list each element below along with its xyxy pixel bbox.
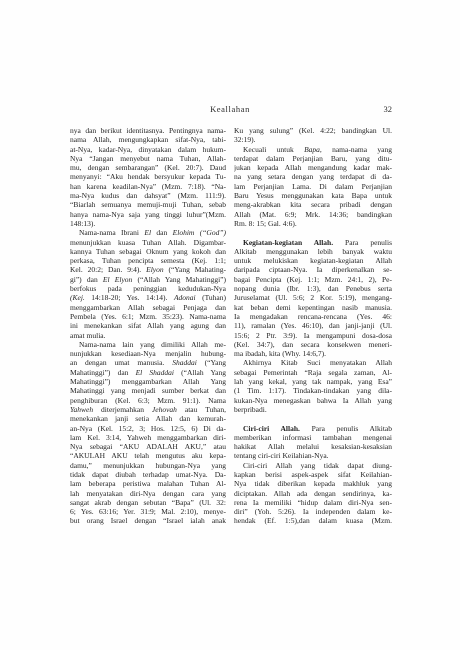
text-line: Rm. 8: 15; Gal. 4:6). bbox=[234, 219, 392, 228]
text-line: kapkan berisi aspek-aspek sifat Keilahia… bbox=[234, 470, 392, 479]
text-line: Kecuali untuk Bapa, nama-nama yang bbox=[234, 145, 392, 154]
text-line: menyanyi: “Aku hendak bersyukur kepada T… bbox=[70, 172, 226, 181]
text-line: kannya Tuhan sebagai Oknum yang kokoh da… bbox=[70, 247, 226, 256]
text-line: penghiburan (Kel. 6:3; Mzm. 91:1). Nama bbox=[70, 396, 226, 405]
text-line: Nya sebagai “AKU ADALAH AKU,” atau bbox=[70, 442, 226, 451]
text-line: bagai Pencipta (Kej. 1:1; Mzm. 24:1, 2),… bbox=[234, 275, 392, 284]
text-line: meng-akrabkan kita secara pribadi dengan bbox=[234, 200, 392, 209]
text-line: berpribadi. bbox=[234, 405, 392, 414]
text-line: damu,” menunjukkan hubungan-Nya yang bbox=[70, 461, 226, 470]
text-column-right: Ku yang sulung” (Kel. 4:22; bandingkan U… bbox=[234, 126, 392, 526]
text-line: Ciri-ciri Allah yang tidak dapat diung- bbox=[234, 461, 392, 470]
text-line: sangat akrab dengan sebutan “Bapa” (Ul. … bbox=[70, 498, 226, 507]
text-line: kukan-Nya menegaskan bahwa Ia Allah yang bbox=[234, 396, 392, 405]
text-line: lam beberapa peristiwa malahan Tuhan Al- bbox=[70, 479, 226, 488]
text-line: Ia mengadakan rencana-rencana (Yes. 46: bbox=[234, 312, 392, 321]
text-line: Allah (Mat. 6:9; Mrk. 14:36; bandingkan bbox=[234, 210, 392, 219]
text-line: memberikan informasi tambahan mengenai bbox=[234, 433, 392, 442]
document-page: Keallahan 32 nya dan berikut identitasny… bbox=[0, 0, 460, 650]
text-line: Yahweh diterjemahkan Jehovah atau Tuhan, bbox=[70, 405, 226, 414]
text-line: jukan kepada Allah mengandung kadar mak- bbox=[234, 163, 392, 172]
text-line: Akhirnya Kitab Suci menyatakan Allah bbox=[234, 358, 392, 367]
text-line: menunjukkan kuasa Tuhan Allah. Digambar- bbox=[70, 238, 226, 247]
text-line: ma-Nya kudus dan dahsyat” (Mzm. 111:9). bbox=[70, 191, 226, 200]
text-line: terdapat dalam Perjanjian Baru, yang dit… bbox=[234, 154, 392, 163]
text-line: (Kel. 34:7), dan secara konsekwen meneri… bbox=[234, 340, 392, 349]
text-line: Mahatinggi yang menjadi sumber berkat da… bbox=[70, 386, 226, 395]
text-column-left: nya dan berikut identitasnya. Pentingnya… bbox=[70, 126, 226, 526]
text-line: diri” (Yoh. 5:26). Ia independen dalam k… bbox=[234, 507, 392, 516]
text-line: na yang setara dengan yang terdapat di d… bbox=[234, 172, 392, 181]
paragraph-spacer bbox=[234, 414, 392, 423]
text-line: untuk melukiskan kegiatan-kegiatan Allah bbox=[234, 256, 392, 265]
text-line: Pembela (Yes. 6:1; Mzm. 35:23). Nama-nam… bbox=[70, 312, 226, 321]
text-line: sebagai Pemerintah “Raja segala zaman, A… bbox=[234, 368, 392, 377]
text-line: 11), ramalan (Yes. 46:10), dan janji-jan… bbox=[234, 321, 392, 330]
text-line: lam Kel. 3:14, Yahweh menggambarkan diri… bbox=[70, 433, 226, 442]
text-line: 32:19). bbox=[234, 135, 392, 144]
page-number: 32 bbox=[384, 104, 393, 114]
text-line: lah yang kekal, yang tak nampak, yang Es… bbox=[234, 377, 392, 386]
text-line: Mahatinggi”) menggambarkan Allah Yang bbox=[70, 377, 226, 386]
text-line: menekankan janji setia Allah dan kemurah… bbox=[70, 414, 226, 423]
text-line: an-Nya (Kel. 15:2, 3; Hos. 12:5, 6) Di d… bbox=[70, 424, 226, 433]
text-line: menggambarkan Allah sebagai Penjaga dan bbox=[70, 303, 226, 312]
text-line: perkasa, Tuhan pencipta semesta (Kej. 1:… bbox=[70, 256, 226, 265]
text-line: diciptakan. Allah ada dengan sendirinya,… bbox=[234, 489, 392, 498]
text-line: lah menyatakan diri-Nya dengan cara yang bbox=[70, 489, 226, 498]
text-line: 148:13). bbox=[70, 219, 226, 228]
text-line: gi”) dan El Elyon (“Allah Yang Mahatingg… bbox=[70, 275, 226, 284]
text-line: nama Allah, mengungkapkan sifat-Nya, tab… bbox=[70, 135, 226, 144]
text-line: Juruselamat (Ul. 5:6; 2 Kor. 5:19), meng… bbox=[234, 293, 392, 302]
text-line: Baru Yesus menggunakan kata Bapa untuk bbox=[234, 191, 392, 200]
text-line: (1 Tim. 1:17). Tindakan-tindakan yang di… bbox=[234, 386, 392, 395]
text-line: Mahatinggi”) dan El Shaddai (“Allah Yang bbox=[70, 368, 226, 377]
text-line: amat mulia. bbox=[70, 331, 226, 340]
text-line: Kel. 20:2; Dan. 9:4). Elyon (“Yang Mahat… bbox=[70, 265, 226, 274]
text-line: Kegiatan-kegiatan Allah. Para penulis bbox=[234, 238, 392, 247]
text-line: Nya “Jangan menyebut nama Tuhan, Allah- bbox=[70, 154, 226, 163]
text-line: hakikat Allah melalui kesaksian-kesaksia… bbox=[234, 442, 392, 451]
text-line: berfokus pada peninggian kedudukan-Nya bbox=[70, 284, 226, 293]
text-line: nya dan berikut identitasnya. Pentingnya… bbox=[70, 126, 226, 135]
text-line: Nama-nama Ibrani El dan Elohim (“God”) bbox=[70, 228, 226, 237]
text-line: 6; Yes. 63:16; Yer. 31:9; Mal. 2:10), me… bbox=[70, 507, 226, 516]
text-line: 15:6; 2 Ptr. 3:9). Ia mengampuni dosa-do… bbox=[234, 331, 392, 340]
text-line: nopang dunia (Ibr. 1:3), dan Penebus ser… bbox=[234, 284, 392, 293]
text-line: an dengan umat manusia. Shaddai (“Yang bbox=[70, 358, 226, 367]
text-line: “AKULAH AKU telah mengutus aku kepa- bbox=[70, 451, 226, 460]
text-line: at-Nya, kadar-Nya, dinyatakan dalam huku… bbox=[70, 145, 226, 154]
text-line: tentang ciri-ciri Keilahian-Nya. bbox=[234, 451, 392, 460]
text-line: Alkitab menggunakan lebih banyak waktu bbox=[234, 247, 392, 256]
text-line: rena Ia memiliki “hidup dalam diri-Nya s… bbox=[234, 498, 392, 507]
text-line: but orang Israel dengan “Israel ialah an… bbox=[70, 516, 226, 525]
text-line: “Biarlah semuanya memuji-muji Tuhan, seb… bbox=[70, 200, 226, 209]
text-line: han karena keadilan-Nya” (Mzm. 7:18). “N… bbox=[70, 182, 226, 191]
text-line: kat beban demi kepentingan nasib manusia… bbox=[234, 303, 392, 312]
text-line: hendak (Ef. 1:5),dan dalam kuasa (Mzm. bbox=[234, 516, 392, 525]
text-line: Ciri-ciri Allah. Para penulis Alkitab bbox=[234, 424, 392, 433]
text-line: Ku yang sulung” (Kel. 4:22; bandingkan U… bbox=[234, 126, 392, 135]
text-line: Nya tidak diberikan kepada makhluk yang bbox=[234, 479, 392, 488]
text-line: ini menekankan sifat Allah yang agung da… bbox=[70, 321, 226, 330]
text-line: tidak dapat diubah terhadap umat-Nya. Da… bbox=[70, 470, 226, 479]
text-line: hanya nama-Nya saja yang tinggi luhur”(M… bbox=[70, 210, 226, 219]
text-line: daripada ciptaan-Nya. Ia diperkenalkan s… bbox=[234, 265, 392, 274]
text-line: mu, dengan sembarangan” (Kel. 20:7). Dau… bbox=[70, 163, 226, 172]
text-line: ma ibadah, kita (Why. 14:6,7). bbox=[234, 349, 392, 358]
text-line: nunjukkan kesediaan-Nya menjalin hubung- bbox=[70, 349, 226, 358]
text-line: lam Perjanjian Lama. Di dalam Perjanjian bbox=[234, 182, 392, 191]
paragraph-spacer bbox=[234, 228, 392, 237]
text-line: (Kej. 14:18-20; Yes. 14:14). Adonai (Tuh… bbox=[70, 293, 226, 302]
text-line: Nama-nama lain yang dimiliki Allah me- bbox=[70, 340, 226, 349]
running-header-title: Keallahan bbox=[69, 104, 391, 114]
